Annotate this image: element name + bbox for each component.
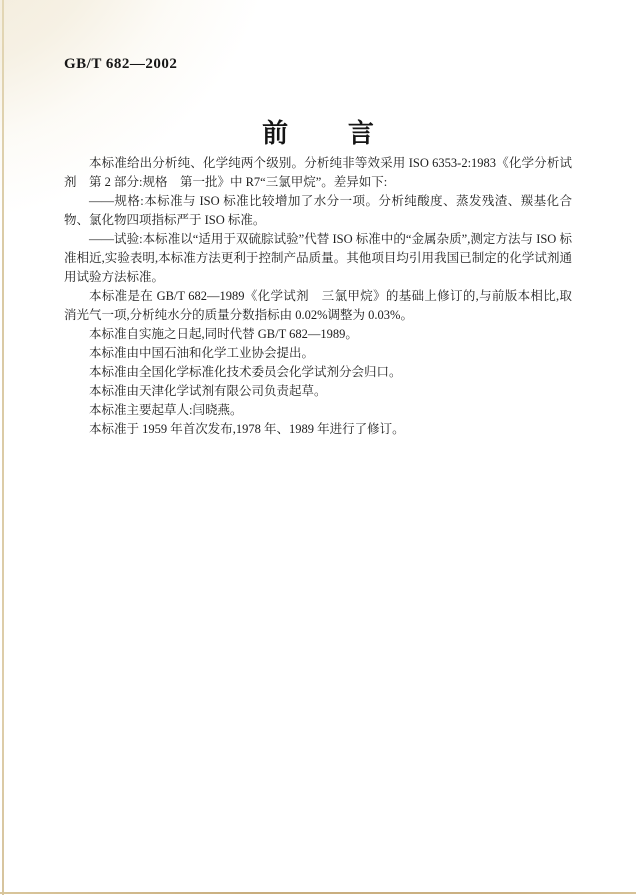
foreword-paragraph: 本标准由全国化学标准化技术委员会化学试剂分会归口。 [64, 363, 572, 382]
foreword-paragraph: 本标准给出分析纯、化学纯两个级别。分析纯非等效采用 ISO 6353-2:198… [64, 154, 572, 192]
foreword-paragraph: 本标准由天津化学试剂有限公司负责起草。 [64, 382, 572, 401]
page-edge-line-bottom [0, 892, 636, 894]
foreword-paragraph: 本标准是在 GB/T 682—1989《化学试剂 三氯甲烷》的基础上修订的,与前… [64, 287, 572, 325]
foreword-paragraph: ——规格:本标准与 ISO 标准比较增加了水分一项。分析纯酸度、蒸发残渣、羰基化… [64, 192, 572, 230]
foreword-body: 本标准给出分析纯、化学纯两个级别。分析纯非等效采用 ISO 6353-2:198… [64, 154, 572, 439]
foreword-paragraph: 本标准主要起草人:闫晓燕。 [64, 401, 572, 420]
foreword-paragraph: ——试验:本标准以“适用于双硫腙试验”代替 ISO 标准中的“金属杂质”,测定方… [64, 230, 572, 287]
standard-number: GB/T 682—2002 [64, 56, 177, 73]
foreword-paragraph: 本标准于 1959 年首次发布,1978 年、1989 年进行了修订。 [64, 420, 572, 439]
page-title: 前言 [0, 113, 636, 150]
foreword-paragraph: 本标准由中国石油和化学工业协会提出。 [64, 344, 572, 363]
scanned-page: GB/T 682—2002 前言 本标准给出分析纯、化学纯两个级别。分析纯非等效… [0, 0, 636, 895]
foreword-paragraph: 本标准自实施之日起,同时代替 GB/T 682—1989。 [64, 325, 572, 344]
